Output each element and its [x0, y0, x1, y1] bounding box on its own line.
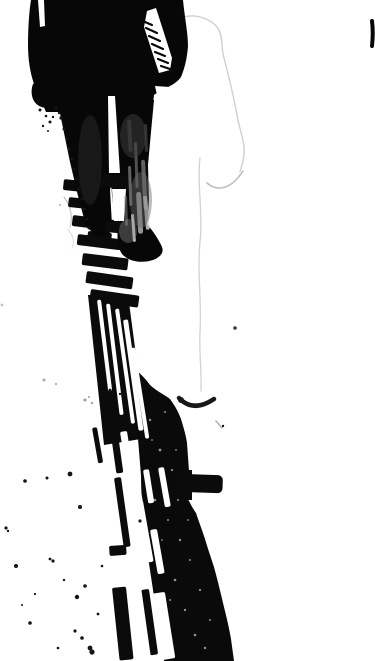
photo-frame: Rear view of a man in a dark silhouette … [0, 0, 375, 661]
photo-canvas [0, 0, 375, 661]
robe-hem-blob [178, 397, 184, 403]
rail-end-protrusion [183, 474, 223, 493]
edge-tick-mark [372, 21, 373, 46]
between-legs-gap-lower [112, 189, 126, 221]
